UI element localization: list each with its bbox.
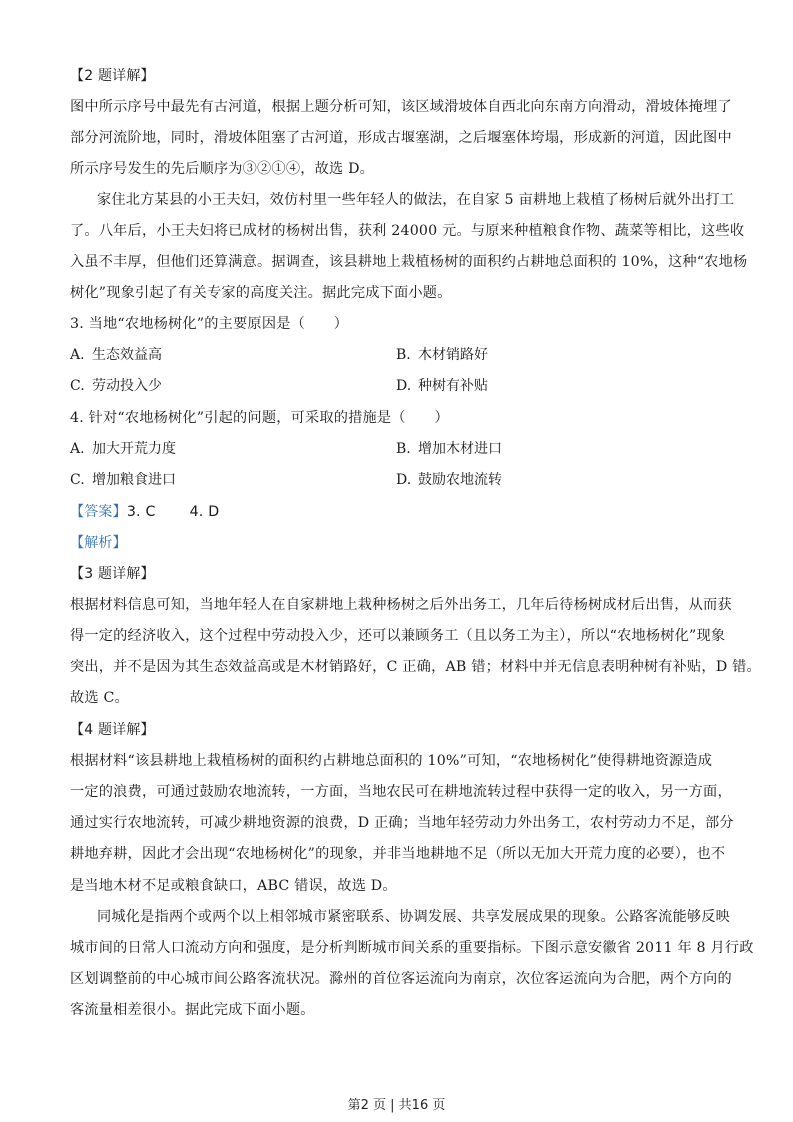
q4-explanation-line: 是当地木材不足或粮食缺口，ABC 错误，故选 D。 bbox=[70, 876, 726, 896]
material-city-line: 城市间的日常人口流动方向和强度，是分析判断城市间关系的重要指标。下图示意安徽省 … bbox=[70, 938, 726, 958]
q4-explanation-line: 根据材料“该县耕地上栽植杨树的面积约占耕地总面积的 10%”可知，“农地杨树化”… bbox=[70, 751, 726, 771]
q3-explanation-line: 得一定的经济收入，这个过程中劳动投入少，还可以兼顾务工（且以务工为主），所以“农… bbox=[70, 626, 726, 646]
material-city-line: 区划调整前的中心城市间公路客流状况。滁州的首位客运流向为南京，次位客运流向为合肥… bbox=[70, 969, 726, 989]
question-3-stem: 3. 当地“农地杨树化”的主要原因是（ ） bbox=[70, 314, 726, 334]
option-key: C. bbox=[70, 470, 92, 490]
q4-explanation-line: 通过实行农地流转，可减少耕地资源的浪费，D 正确；当地年轻劳动力外出务工，农村劳… bbox=[70, 813, 726, 833]
q2-explanation-line: 所示序号发生的先后顺序为③②①④，故选 D。 bbox=[70, 159, 726, 179]
question-3-option-b: B.木材销路好 bbox=[396, 345, 488, 365]
analysis-label: 【解析】 bbox=[70, 533, 726, 553]
question-3-option-a: A.生态效益高 bbox=[70, 345, 162, 365]
material-poplar-line: 入虽不丰厚，但他们还算满意。据调查，该县耕地上栽植杨树的面积约占耕地总面积的 1… bbox=[70, 252, 726, 272]
option-key: D. bbox=[396, 376, 418, 396]
q4-explanation-line: 耕地弃耕，因此才会出现“农地杨树化”的现象，并非当地耕地不足（所以无加大开荒力度… bbox=[70, 844, 726, 864]
material-poplar-line: 了。八年后，小王夫妇将已成材的杨树出售，获利 24000 元。与原来种植粮食作物… bbox=[70, 221, 726, 241]
question-4-option-c: C.增加粮食进口 bbox=[70, 470, 176, 490]
q3-explanation-line: 根据材料信息可知，当地年轻人在自家耕地上栽种杨树之后外出务工，几年后待杨树成材后… bbox=[70, 595, 726, 615]
option-text: 生态效益高 bbox=[92, 347, 162, 363]
option-key: B. bbox=[396, 439, 418, 459]
question-3-option-d: D.种树有补贴 bbox=[396, 376, 488, 396]
option-key: A. bbox=[70, 439, 92, 459]
question-3-option-c: C.劳动投入少 bbox=[70, 376, 162, 396]
section-heading-q2: 【2 题详解】 bbox=[70, 66, 726, 86]
material-city-line: 同城化是指两个或两个以上相邻城市紧密联系、协调发展、共享发展成果的现象。公路客流… bbox=[97, 907, 726, 927]
option-text: 鼓励农地流转 bbox=[418, 472, 502, 488]
question-4-option-a: A.加大开荒力度 bbox=[70, 439, 176, 459]
option-key: A. bbox=[70, 345, 92, 365]
question-4-option-d: D.鼓励农地流转 bbox=[396, 470, 502, 490]
page-number-footer: 第2 页 | 共16 页 bbox=[0, 1094, 793, 1113]
q4-explanation-line: 一定的浪费，可通过鼓励农地流转，一方面，当地农民可在耕地流转过程中获得一定的收入… bbox=[70, 782, 726, 802]
option-text: 劳动投入少 bbox=[92, 378, 162, 394]
material-poplar-line: 家住北方某县的小王夫妇，效仿村里一些年轻人的做法，在自家 5 亩耕地上栽植了杨树… bbox=[97, 190, 726, 210]
option-key: B. bbox=[396, 345, 418, 365]
answer-q4: 4. D bbox=[190, 504, 220, 520]
question-4-stem: 4. 针对“农地杨树化”引起的问题，可采取的措施是（ ） bbox=[70, 408, 726, 428]
option-key: D. bbox=[396, 470, 418, 490]
q2-explanation-line: 图中所示序号中最先有古河道，根据上题分析可知，该区域滑坡体自西北向东南方向滑动，… bbox=[70, 97, 726, 117]
document-page: 【2 题详解】 图中所示序号中最先有古河道，根据上题分析可知，该区域滑坡体自西北… bbox=[0, 0, 793, 1122]
q3-explanation-line: 突出，并不是因为其生态效益高或是木材销路好，C 正确，AB 错；材料中并无信息表… bbox=[70, 657, 726, 677]
question-4-option-b: B.增加木材进口 bbox=[396, 439, 502, 459]
option-text: 增加粮食进口 bbox=[92, 472, 176, 488]
section-heading-q3: 【3 题详解】 bbox=[70, 564, 726, 584]
answer-row: 【答案】3. C4. D bbox=[70, 502, 726, 522]
material-city-line: 客流量相差很小。据此完成下面小题。 bbox=[70, 1000, 726, 1020]
q2-explanation-line: 部分河流阶地，同时，滑坡体阻塞了古河道，形成古堰塞湖，之后堰塞体垮塌，形成新的河… bbox=[70, 128, 726, 148]
answer-q3: 3. C bbox=[127, 504, 156, 520]
material-poplar-line: 树化”现象引起了有关专家的高度关注。据此完成下面小题。 bbox=[70, 283, 726, 303]
option-text: 加大开荒力度 bbox=[92, 441, 176, 457]
option-text: 增加木材进口 bbox=[418, 441, 502, 457]
option-text: 种树有补贴 bbox=[418, 378, 488, 394]
answer-label: 【答案】 bbox=[70, 504, 127, 520]
option-key: C. bbox=[70, 376, 92, 396]
option-text: 木材销路好 bbox=[418, 347, 488, 363]
section-heading-q4: 【4 题详解】 bbox=[70, 720, 726, 740]
q3-explanation-line: 故选 C。 bbox=[70, 688, 726, 708]
